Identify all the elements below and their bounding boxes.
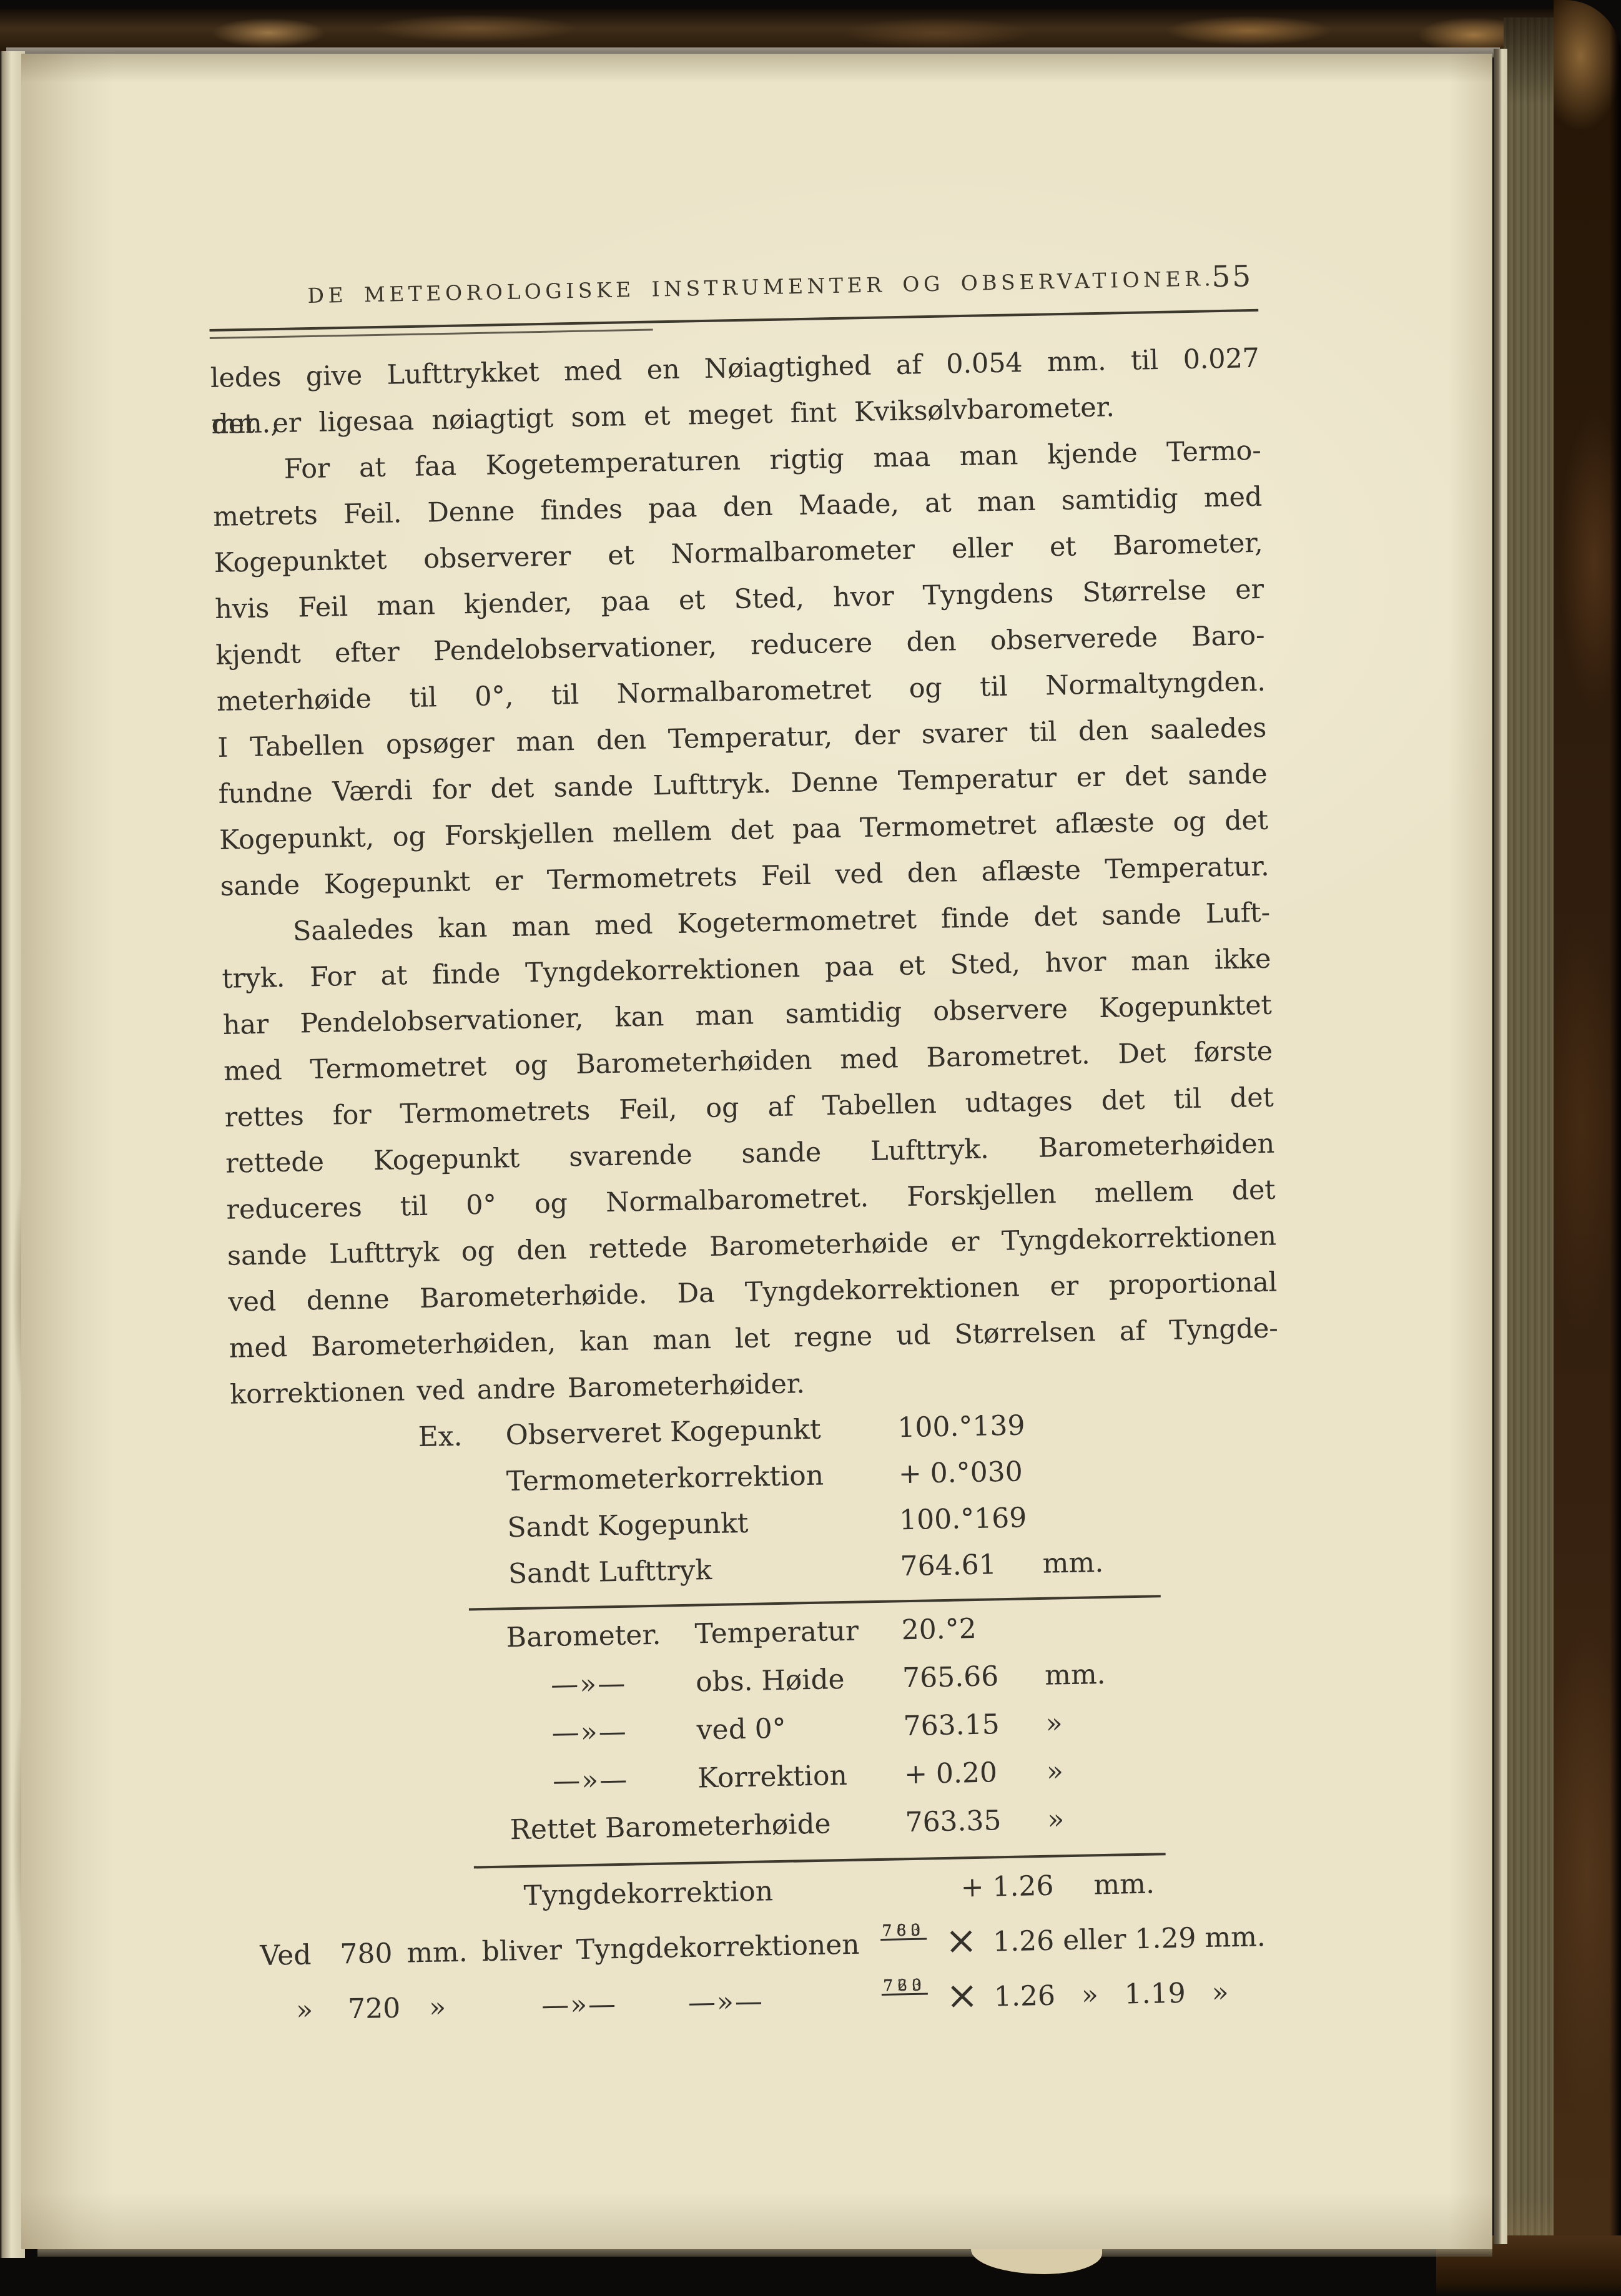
row-unit: mm.: [1093, 1857, 1155, 1913]
row-label: Termometerkorrektion: [506, 1453, 824, 1505]
row-value: 100.°169: [899, 1495, 1027, 1544]
row-unit: »: [1045, 1699, 1063, 1748]
row-value: 764.61: [900, 1542, 997, 1590]
row-label: Observeret Kogepunkt: [505, 1407, 821, 1459]
ditto-mark: —»—: [687, 1974, 764, 2031]
row-label: Sandt Kogepunkt: [507, 1500, 749, 1551]
row-unit: mm.: [1044, 1650, 1106, 1700]
example-label: Ex.: [418, 1414, 463, 1461]
book-page: DE METEOROLOGISKE INSTRUMENTER OG OBSERV…: [21, 54, 1492, 2249]
page-number: 55: [1211, 259, 1253, 294]
page-header: DE METEOROLOGISKE INSTRUMENTER OG OBSERV…: [209, 265, 1258, 314]
row-value: 765.66: [902, 1652, 998, 1702]
row-label: Barometer.: [506, 1611, 661, 1662]
row-label: Tyngdekorrektion: [523, 1864, 774, 1924]
book-pages-fore-edge: [1504, 17, 1557, 2296]
row-value: 720: [347, 1981, 401, 2037]
row-unit: »: [1047, 1795, 1065, 1844]
row-result: 1.26 eller 1.29 mm.: [992, 1909, 1266, 1969]
underlying-page-right-edge: [1494, 49, 1507, 2244]
photo-background: { "header": { "running_title": "DE METEO…: [0, 0, 1621, 2296]
row-sublabel: Korrektion: [697, 1752, 847, 1803]
row-unit: mm.: [1042, 1540, 1104, 1587]
row-value: 20.°2: [901, 1605, 977, 1654]
fraction-denominator: 763: [882, 1922, 925, 1939]
body-text: ledes give Lufttrykket med en Nøiagtighe…: [210, 335, 1279, 1418]
page-content: DE METEOROLOGISKE INSTRUMENTER OG OBSERV…: [209, 265, 1291, 2039]
row-label: Sandt Lufttryk: [508, 1547, 712, 1597]
multiplication-sign: ×: [944, 1913, 978, 1968]
row-value: 763.35: [905, 1796, 1002, 1846]
row-value: 763.15: [903, 1700, 1000, 1750]
row-value: 100.°139: [897, 1402, 1025, 1451]
row-sublabel: obs. Høide: [696, 1655, 845, 1707]
header-rule: [209, 309, 1258, 332]
ditto-quote: »: [295, 1983, 313, 2038]
row-label: Rettet Barometerhøide: [510, 1800, 831, 1854]
row-sublabel: Temperatur: [694, 1607, 859, 1658]
running-title: DE METEOROLOGISKE INSTRUMENTER OG OBSERV…: [307, 266, 1215, 308]
row-value: + 0.°030: [898, 1449, 1023, 1497]
row-sublabel: ved 0°: [696, 1705, 786, 1755]
ditto-mark: —»—: [551, 1708, 628, 1757]
ditto-mark: —»—: [553, 1756, 629, 1805]
underlying-pages-bottom-edge: [37, 2248, 1492, 2257]
book-cover-right-edge: [1554, 0, 1621, 2296]
row-result: 1.26 » 1.19 »: [993, 1965, 1229, 2024]
multiplication-sign: ×: [945, 1968, 979, 2023]
fraction-denominator: 763: [883, 1977, 926, 1994]
ditto-mark: —»—: [551, 1660, 627, 1709]
row-unit: »: [1046, 1747, 1063, 1796]
row-value: + 1.26: [960, 1859, 1054, 1916]
ditto-mark: —»—: [541, 1977, 618, 2033]
example-block: Ex. Observeret Kogepunkt 100.°139 Termom…: [230, 1398, 1291, 2039]
row-value: + 0.20: [904, 1748, 997, 1798]
ditto-quote: »: [428, 1980, 446, 2036]
